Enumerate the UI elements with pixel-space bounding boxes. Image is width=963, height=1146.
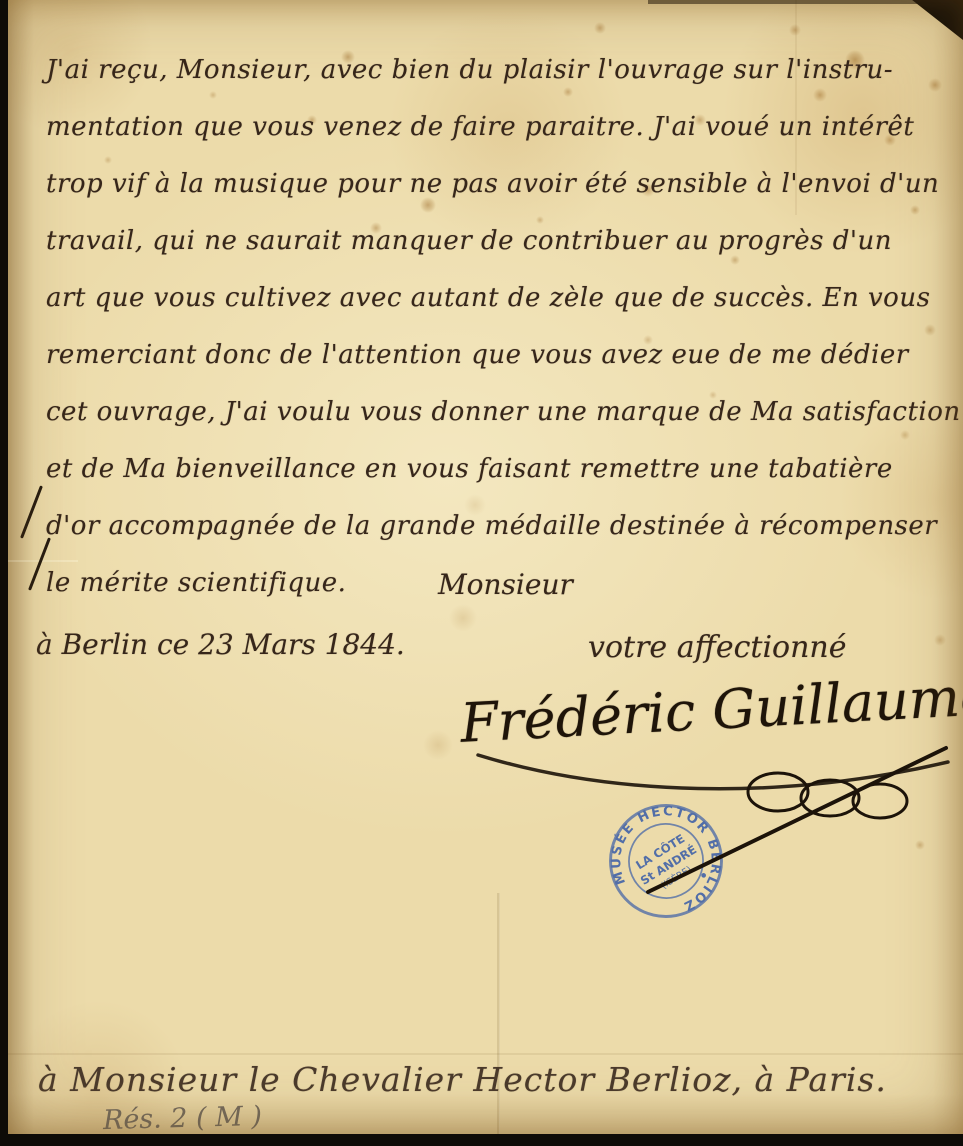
fold-crease [8,1053,963,1055]
letter-line: le mérite scientifique. [46,568,346,598]
letter-line: trop vif à la musique pour ne pas avoir … [46,169,939,199]
archive-note: Rés. 2 ( M ) [103,1101,263,1134]
scan-corner-shadow [901,0,963,40]
letter-paper: J'ai reçu, Monsieur, avec bien du plaisi… [8,0,963,1134]
letter-line: art que vous cultivez avec autant de zèl… [46,283,930,313]
letter-line: cet ouvrage, J'ai voulu vous donner une … [46,397,961,427]
signature-flourish-icon [448,700,963,910]
fold-crease [8,560,78,562]
letter-line: travail, qui ne saurait manquer de contr… [46,226,892,256]
address-line: à Monsieur le Chevalier Hector Berlioz, … [38,1060,887,1099]
dateline: à Berlin ce 23 Mars 1844. [36,628,405,661]
letter-line: mentation que vous venez de faire parait… [46,112,914,142]
scan-edge-shadow [648,0,963,4]
letter-line: J'ai reçu, Monsieur, avec bien du plaisi… [46,55,893,85]
margin-ink-stroke [20,485,43,538]
valediction: votre affectionné [588,630,847,665]
letter-line: et de Ma bienveillance en vous faisant r… [46,454,893,484]
scanned-letter-document: J'ai reçu, Monsieur, avec bien du plaisi… [0,0,963,1146]
closing-salutation: Monsieur [438,568,573,601]
letter-line: d'or accompagnée de la grande médaille d… [46,511,937,541]
letter-line: remerciant donc de l'attention que vous … [46,340,909,370]
